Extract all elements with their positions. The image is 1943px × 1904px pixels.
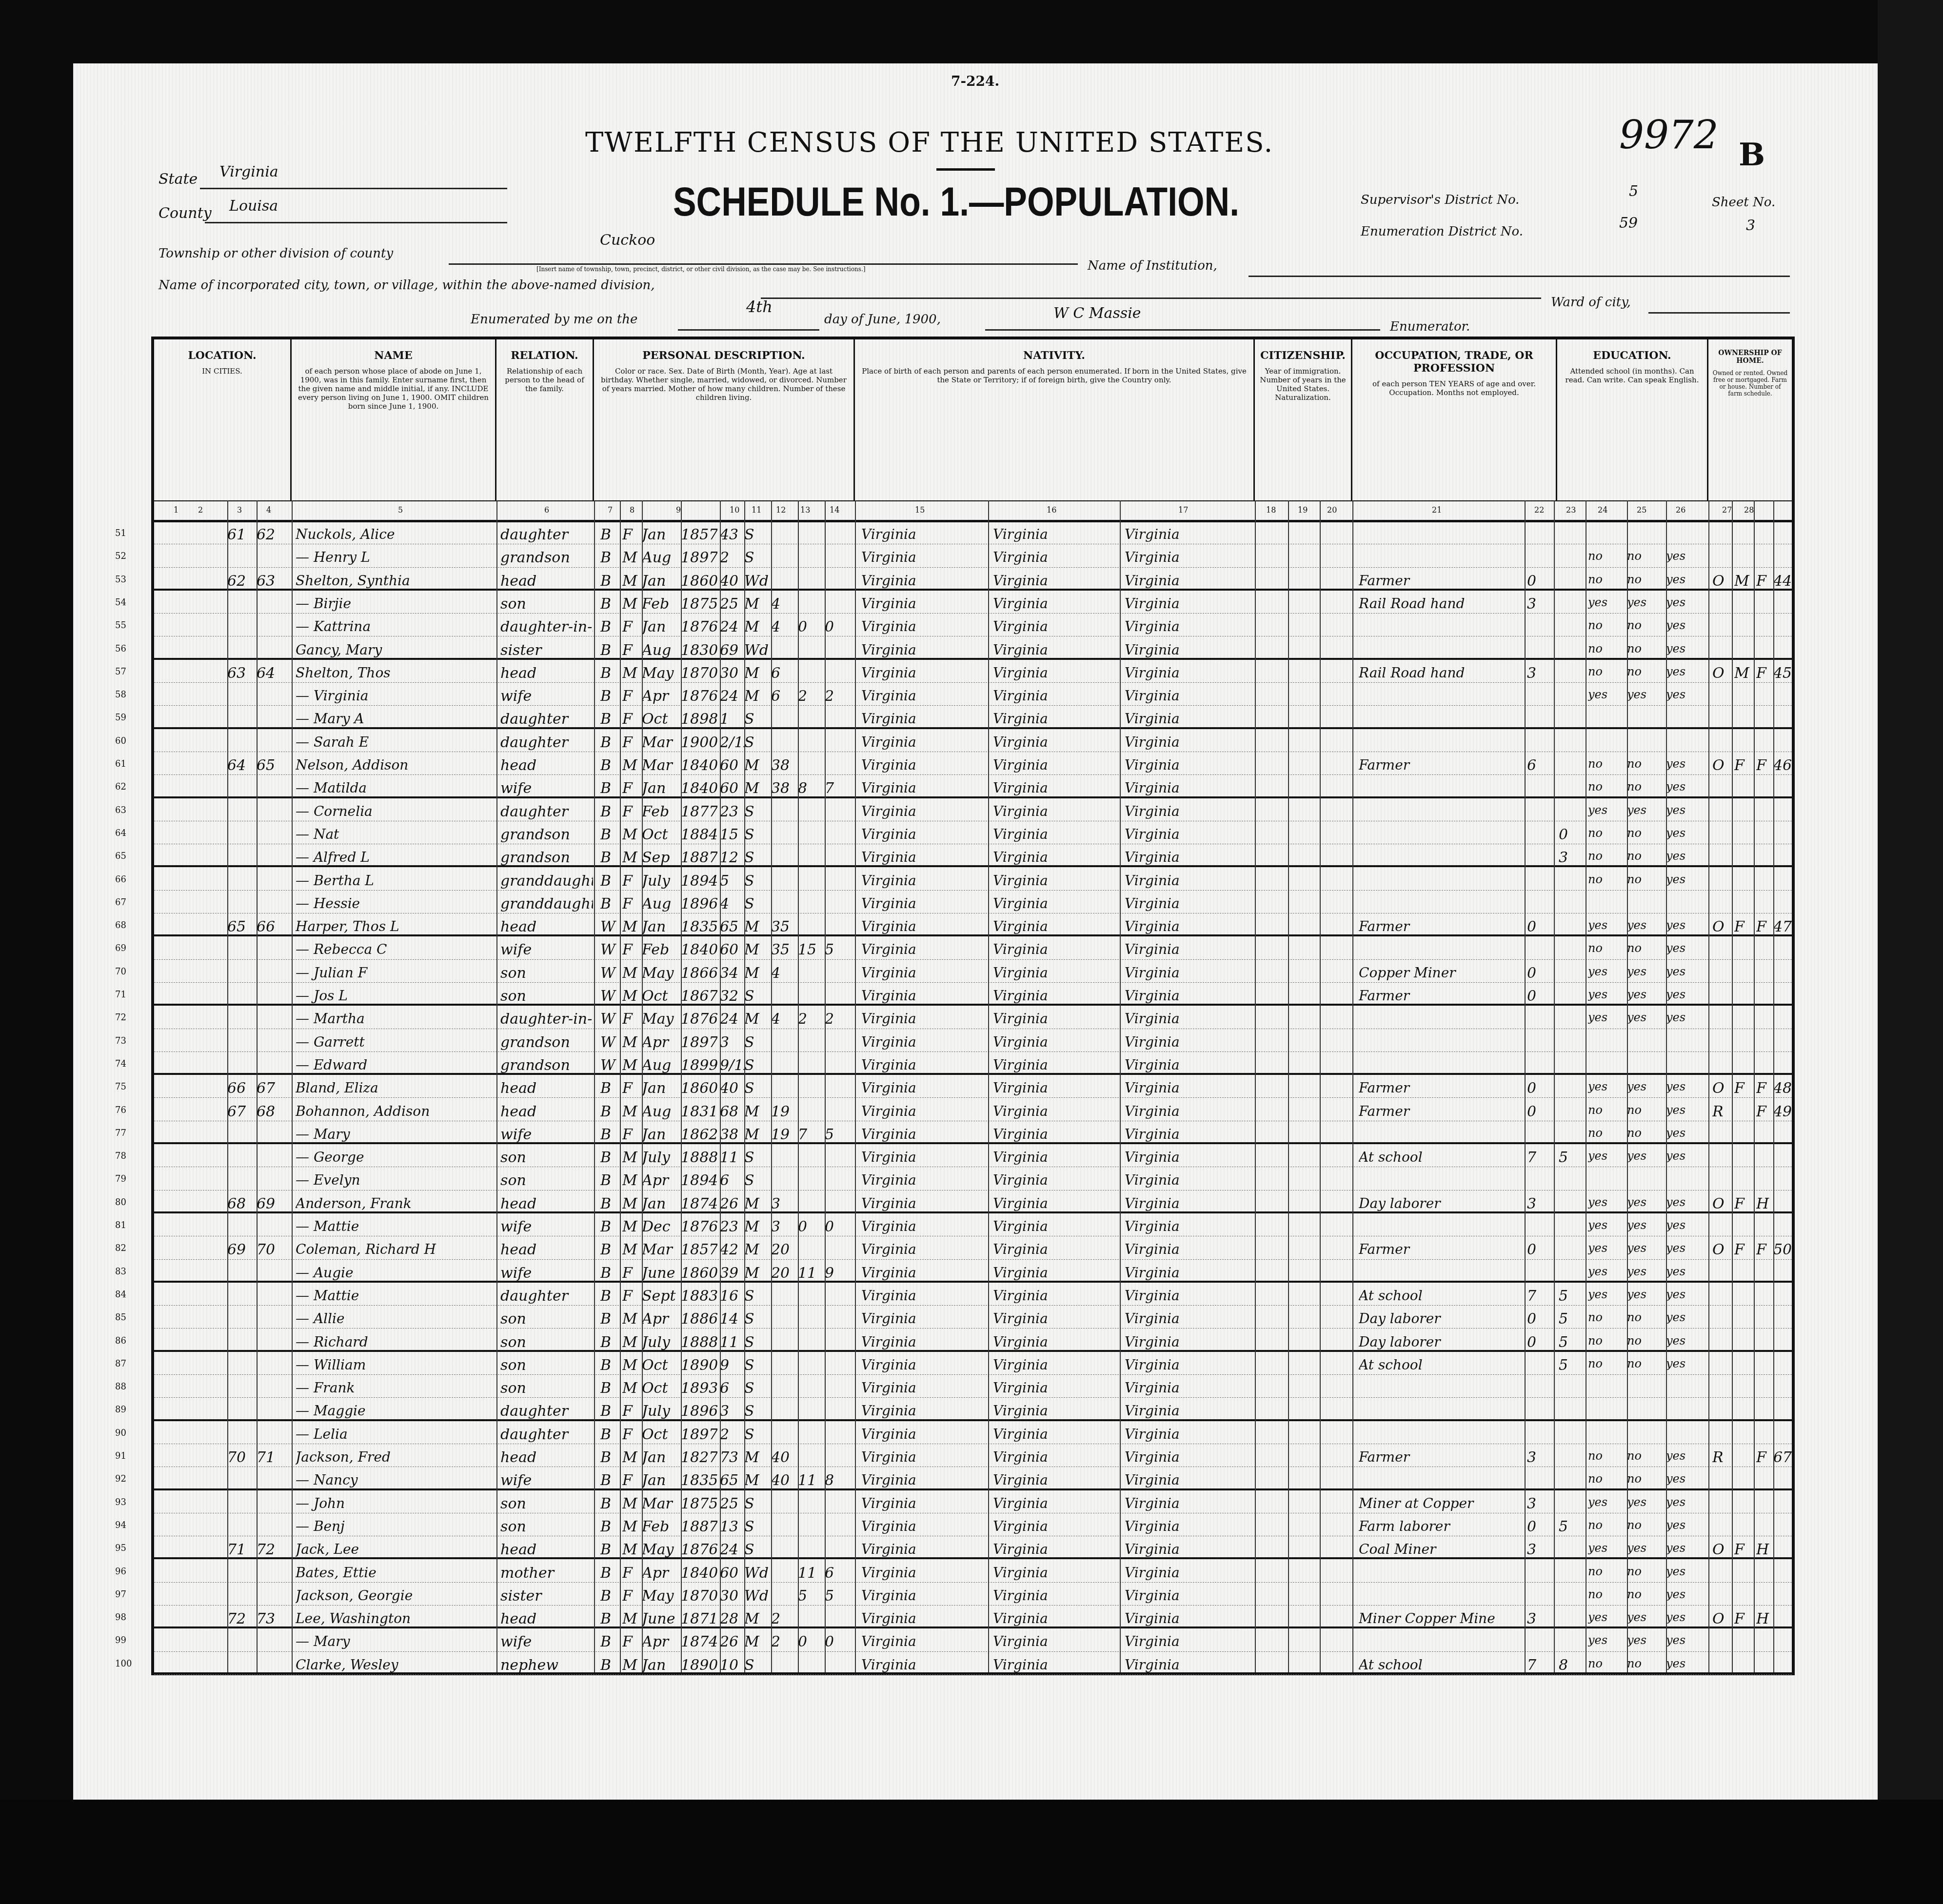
cell-mpob: Virginia [1125,665,1251,681]
cell-ms: S [744,826,769,843]
table-row: 957172Jack, LeeheadBMMay187624SVirginiaV… [154,1536,1792,1559]
cell-occ: Miner at Copper [1359,1495,1520,1511]
cell-month: May [642,665,681,682]
cell-color: B [600,849,620,866]
cell-ms: M [744,1126,769,1143]
cell-fam: 73 [257,1610,286,1627]
cell-fam: 63 [257,573,286,590]
header-name: NAMEof each person whose place of abode … [292,339,496,500]
column-divider [227,500,228,1672]
cell-name: Harper, Thos L [296,918,496,934]
cell-year: 1875 [681,1495,717,1512]
cell-rel: daughter [500,734,593,751]
cell-ym: 4 [771,595,795,613]
cell-eng: yes [1666,988,1705,1001]
column-number: 11 [752,505,761,515]
cell-mpob: Virginia [1125,1241,1251,1257]
state-line [200,188,507,189]
cell-occ: At school [1359,1288,1520,1304]
cell-farm: 67 [1773,1449,1793,1466]
cell-age: 2 [720,549,744,566]
cell-write: no [1627,1334,1666,1348]
cell-month: Aug [642,1057,681,1074]
column-number: 9 [676,505,681,515]
cell-age: 11 [720,1334,744,1351]
cell-color: B [600,573,620,590]
cell-rel: wife [500,1126,593,1143]
column-number: 8 [630,505,634,515]
title-ornament [936,168,995,171]
cell-ms: S [744,803,769,820]
cell-mpob: Virginia [1125,1265,1251,1281]
cell-rel: son [500,988,593,1005]
enumerator-line [985,329,1380,331]
column-number: 7 [608,505,613,515]
cell-eng: yes [1666,1657,1705,1670]
cell-own: O [1712,757,1732,774]
cell-ym: 20 [771,1241,795,1258]
cell-fpob: Virginia [993,1034,1120,1050]
cell-occ: Farmer [1359,1080,1520,1096]
cell-ms: S [744,1403,769,1420]
cell-rel: daughter-in-law [500,1011,593,1028]
cell-color: B [600,1080,620,1097]
cell-line: 54 [115,597,144,608]
cell-rel: daughter [500,1288,593,1305]
cell-mc: 7 [798,1126,822,1143]
cell-rel: wife [500,1218,593,1235]
cell-read: no [1588,757,1627,771]
cell-mpob: Virginia [1125,965,1251,981]
cell-mne: 3 [1527,1449,1551,1466]
cell-fpob: Virginia [993,1195,1120,1211]
stamp-letter: B [1739,137,1765,173]
cell-mc: 15 [798,941,822,958]
cell-read: no [1588,1472,1627,1486]
cell-fpob: Virginia [993,573,1120,589]
cell-mpob: Virginia [1125,1080,1251,1096]
cell-month: Mar [642,734,681,751]
cell-mpob: Virginia [1125,549,1251,565]
cell-sex: M [622,573,642,590]
state-value: Virginia [219,163,278,180]
cell-read: yes [1588,1495,1627,1509]
cell-color: B [600,711,620,728]
cell-write: no [1627,642,1666,655]
cell-pob: Virginia [861,1587,988,1604]
cell-ms: M [744,1633,769,1650]
cell-line: 56 [115,644,144,654]
cell-eng: yes [1666,665,1705,678]
cell-year: 1898 [681,711,717,728]
cell-age: 24 [720,618,744,635]
cell-eng: yes [1666,1288,1705,1301]
cell-color: B [600,1310,620,1328]
cell-fm: F [1734,757,1754,774]
column-number: 18 [1266,505,1276,515]
cell-color: B [600,1126,620,1143]
cell-year: 1887 [681,849,717,866]
cell-name: — Evelyn [296,1172,496,1188]
cell-rel: son [500,1357,593,1374]
cell-line: 96 [115,1567,144,1577]
cell-write: no [1627,1449,1666,1463]
cell-color: B [600,1218,620,1235]
cell-age: 13 [720,1518,744,1535]
cell-ym: 2 [771,1610,795,1627]
cell-sex: F [622,688,642,705]
cell-eng: yes [1666,803,1705,817]
cell-rel: son [500,1172,593,1189]
cell-name: Shelton, Synthia [296,573,496,589]
cell-age: 11 [720,1149,744,1166]
cell-name: — Nat [296,826,496,842]
cell-mne: 3 [1527,595,1551,613]
cell-color: B [600,1265,620,1282]
cell-mpob: Virginia [1125,895,1251,912]
cell-year: 1875 [681,595,717,613]
cell-age: 5 [720,873,744,890]
cell-year: 1897 [681,549,717,566]
cell-year: 1897 [681,1034,717,1051]
cell-name: Nelson, Addison [296,757,496,773]
cell-read: no [1588,1103,1627,1117]
cell-ms: S [744,895,769,912]
cell-line: 93 [115,1497,144,1507]
cell-year: 1890 [681,1657,717,1674]
cell-pob: Virginia [861,1241,988,1257]
cell-mpob: Virginia [1125,711,1251,727]
cell-write: yes [1627,1610,1666,1624]
cell-sex: M [622,549,642,566]
cell-color: W [600,918,620,935]
cell-month: July [642,1403,681,1420]
cell-pob: Virginia [861,1357,988,1373]
cell-name: Lee, Washington [296,1610,496,1626]
table-row: 66— Bertha LgranddaughterBFJuly18945SVir… [154,868,1792,891]
cell-fm: F [1734,1541,1754,1558]
cell-name: — Edward [296,1057,496,1073]
cell-pob: Virginia [861,826,988,842]
column-divider [292,500,293,1672]
cell-write: no [1627,1565,1666,1578]
cell-sex: M [622,1195,642,1212]
cell-mpob: Virginia [1125,642,1251,658]
cell-line: 100 [115,1659,144,1669]
cell-sch: 5 [1559,1149,1583,1166]
cell-fam: 65 [257,757,286,774]
cell-color: B [600,1449,620,1466]
cell-color: B [600,803,620,820]
cell-rel: son [500,1380,593,1397]
cell-sex: M [622,1495,642,1512]
cell-mne: 0 [1527,965,1551,982]
cell-year: 1840 [681,757,717,774]
cell-write: no [1627,941,1666,955]
cell-dw: 61 [227,526,257,543]
table-row: 616465Nelson, AddisonheadBMMar184060M38V… [154,752,1792,775]
cell-name: — Mary A [296,711,496,727]
cell-line: 77 [115,1128,144,1138]
cell-sex: M [622,988,642,1005]
cell-sex: M [622,965,642,982]
cell-name: — Cornelia [296,803,496,819]
cell-color: B [600,1172,620,1189]
header-nativity: NATIVITY.Place of birth of each person a… [855,339,1255,500]
cell-fpob: Virginia [993,1565,1120,1581]
cell-fm: F [1734,1080,1754,1097]
cell-year: 1887 [681,1518,717,1535]
cell-pob: Virginia [861,757,988,773]
cell-pob: Virginia [861,873,988,889]
cell-mne: 0 [1527,1334,1551,1351]
cell-month: Dec [642,1218,681,1235]
cell-mpob: Virginia [1125,1426,1251,1442]
column-divider [1732,500,1733,1672]
cell-color: B [600,1241,620,1258]
column-divider [1627,500,1628,1672]
cell-month: Feb [642,595,681,613]
cell-year: 1886 [681,1310,717,1328]
table-row: 54— BirjiesonBMFeb187525M4VirginiaVirgin… [154,591,1792,614]
cell-pob: Virginia [861,803,988,819]
cell-year: 1874 [681,1195,717,1212]
cell-line: 67 [115,897,144,908]
cell-mpob: Virginia [1125,618,1251,635]
cell-line: 78 [115,1151,144,1161]
cell-write: yes [1627,918,1666,932]
cell-month: Aug [642,549,681,566]
cell-sex: M [622,1034,642,1051]
cell-eng: yes [1666,965,1705,978]
cell-mpob: Virginia [1125,688,1251,704]
cell-mne: 3 [1527,1495,1551,1512]
cell-sex: F [622,1126,642,1143]
cell-fpob: Virginia [993,1334,1120,1350]
cell-mpob: Virginia [1125,1610,1251,1626]
cell-color: B [600,549,620,566]
cell-pob: Virginia [861,1380,988,1396]
cell-rel: wife [500,941,593,958]
cell-rel: son [500,965,593,982]
cell-read: no [1588,1518,1627,1532]
cell-pob: Virginia [861,941,988,957]
cell-fam: 71 [257,1449,286,1466]
cell-read: no [1588,1657,1627,1670]
cell-dw: 68 [227,1195,257,1212]
cell-line: 55 [115,620,144,631]
cell-pob: Virginia [861,849,988,865]
cell-mpob: Virginia [1125,988,1251,1004]
cell-ms: M [744,1011,769,1028]
column-divider [1754,500,1755,1672]
cell-line: 94 [115,1520,144,1530]
cell-name: — Kattrina [296,618,496,635]
cell-eng: yes [1666,1310,1705,1324]
cell-occ: Farmer [1359,918,1520,934]
cell-ms: M [744,1265,769,1282]
cell-age: 65 [720,918,744,935]
column-number: 4 [266,505,271,515]
cell-eng: yes [1666,1357,1705,1370]
cell-eng: yes [1666,618,1705,632]
cell-line: 88 [115,1382,144,1392]
table-row: 100Clarke, WesleynephewBMJan189010SVirgi… [154,1652,1792,1675]
cell-mpob: Virginia [1125,1126,1251,1142]
cell-sex: F [622,618,642,635]
cell-pob: Virginia [861,1057,988,1073]
table-row: 99— MarywifeBFApr187426M200VirginiaVirgi… [154,1628,1792,1651]
cell-mne: 3 [1527,665,1551,682]
cell-eng: yes [1666,573,1705,586]
cell-year: 1860 [681,1265,717,1282]
cell-rel: head [500,1610,593,1627]
cell-pob: Virginia [861,1657,988,1673]
cell-line: 59 [115,713,144,723]
cell-rel: head [500,1541,593,1558]
cell-ms: M [744,1103,769,1120]
cell-ym: 6 [771,688,795,705]
column-number: 14 [830,505,839,515]
cell-rel: head [500,573,593,590]
cell-line: 63 [115,805,144,815]
cell-sex: F [622,1080,642,1097]
census-title: TWELFTH CENSUS OF THE UNITED STATES. [585,127,1273,159]
cell-mpob: Virginia [1125,1495,1251,1511]
cell-read: yes [1588,1288,1627,1301]
cell-month: Sep [642,849,681,866]
cell-month: Feb [642,1518,681,1535]
column-divider [1120,500,1121,1672]
cell-occ: At school [1359,1657,1520,1673]
cell-eng: yes [1666,1103,1705,1117]
cell-age: 26 [720,1195,744,1212]
cell-pob: Virginia [861,618,988,635]
form-number: 7-224. [951,73,999,89]
cell-ym: 40 [771,1449,795,1466]
cell-year: 1857 [681,526,717,543]
cell-mpob: Virginia [1125,526,1251,542]
cell-read: yes [1588,965,1627,978]
cell-fam: 66 [257,918,286,935]
cell-fpob: Virginia [993,1172,1120,1188]
cell-ms: S [744,549,769,566]
cell-mpob: Virginia [1125,1334,1251,1350]
cell-read: no [1588,1565,1627,1578]
cell-color: B [600,1149,620,1166]
cell-mc: 2 [798,1011,822,1028]
table-row: 52— Henry LgrandsonBMAug18972SVirginiaVi… [154,544,1792,567]
cell-write: yes [1627,595,1666,609]
cell-color: B [600,1103,620,1120]
cell-ms: S [744,873,769,890]
cell-age: 24 [720,688,744,705]
cell-color: B [600,595,620,613]
cell-eng: yes [1666,1587,1705,1601]
cell-write: no [1627,1518,1666,1532]
cell-write: no [1627,618,1666,632]
cell-fpob: Virginia [993,665,1120,681]
cell-color: B [600,1633,620,1650]
cell-color: B [600,1334,620,1351]
cell-rel: daughter [500,526,593,543]
cell-mpob: Virginia [1125,918,1251,934]
cell-ms: M [744,1610,769,1627]
cell-sex: M [622,757,642,774]
cell-farm: 48 [1773,1080,1793,1097]
table-row: 58— VirginiawifeBFApr187624M622VirginiaV… [154,683,1792,706]
cell-sch: 8 [1559,1657,1583,1674]
cell-month: May [642,1587,681,1605]
cell-sex: M [622,1310,642,1328]
cell-fam: 72 [257,1541,286,1558]
cell-line: 68 [115,920,144,931]
cell-year: 1831 [681,1103,717,1120]
cell-month: Jan [642,1126,681,1143]
cell-color: B [600,1288,620,1305]
cell-age: 2 [720,1426,744,1443]
cell-write: no [1627,1126,1666,1140]
cell-fh: H [1756,1610,1776,1627]
cell-ms: M [744,918,769,935]
population-table: LOCATION.IN CITIES. NAMEof each person w… [151,337,1795,1675]
cell-sch: 3 [1559,849,1583,866]
table-row: 536263Shelton, SynthiaheadBMJan186040WdV… [154,568,1792,591]
cell-age: 68 [720,1103,744,1120]
column-divider [594,500,595,1672]
cell-month: July [642,873,681,890]
cell-pob: Virginia [861,1265,988,1281]
cell-sex: M [622,1103,642,1120]
cell-month: Aug [642,895,681,912]
cell-read: no [1588,1126,1627,1140]
column-number: 1 [174,505,178,515]
cell-color: B [600,1472,620,1489]
cell-occ: Farmer [1359,1103,1520,1119]
cell-cl: 2 [825,1011,849,1028]
cell-rel: daughter [500,1426,593,1443]
cell-name: — Hessie [296,895,496,912]
cell-own: O [1712,1080,1732,1097]
cell-eng: yes [1666,1449,1705,1463]
cell-fpob: Virginia [993,1218,1120,1234]
cell-year: 1893 [681,1380,717,1397]
cell-year: 1884 [681,826,717,843]
cell-age: 14 [720,1310,744,1328]
cell-pob: Virginia [861,711,988,727]
cell-month: Oct [642,1380,681,1397]
cell-mpob: Virginia [1125,1380,1251,1396]
cell-year: 1876 [681,1541,717,1558]
cell-read: no [1588,1449,1627,1463]
cell-fpob: Virginia [993,873,1120,889]
ward-label: Ward of city, [1551,295,1631,310]
cell-name: — George [296,1149,496,1165]
cell-read: yes [1588,1265,1627,1278]
cell-eng: yes [1666,642,1705,655]
cell-mne: 0 [1527,1310,1551,1328]
cell-read: no [1588,941,1627,955]
cell-dw: 65 [227,918,257,935]
cell-farm: 47 [1773,918,1793,935]
cell-read: no [1588,573,1627,586]
cell-line: 71 [115,990,144,1000]
cell-write: yes [1627,1288,1666,1301]
cell-read: no [1588,665,1627,678]
cell-line: 86 [115,1336,144,1346]
cell-rel: head [500,1241,593,1258]
cell-month: Oct [642,988,681,1005]
